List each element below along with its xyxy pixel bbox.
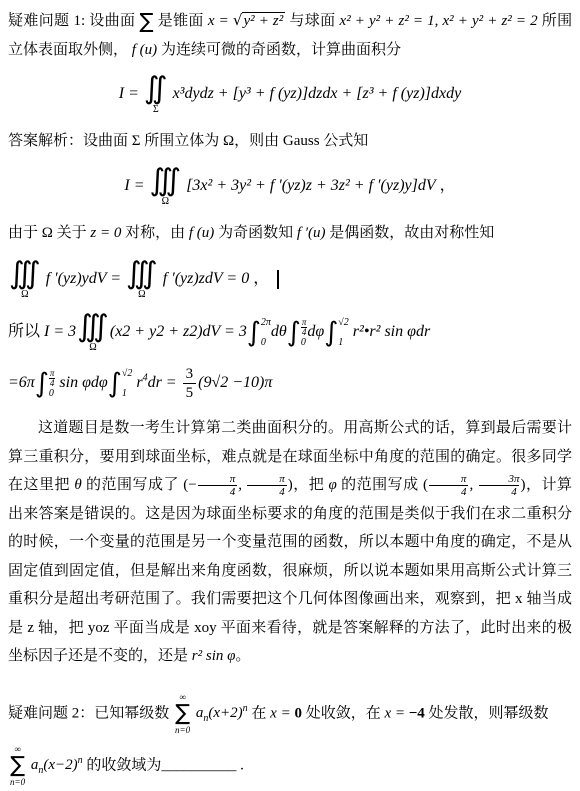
formula-surface-integral: I = ∬Σ x³dydz + [y³ + f (yz)]dzdx + [z³ …	[8, 74, 572, 115]
integral-lower-limit: 1	[122, 389, 133, 399]
formula5-tail: (9√2 −10)π	[198, 374, 272, 391]
document-canvas[interactable]: 疑难问题 1: 设曲面 ∑ 是锥面 x = √y² + z² 与球面 x² + …	[0, 0, 580, 791]
x-value-0: 0	[294, 705, 302, 721]
text-run: 的范围写成了 (−	[86, 477, 197, 493]
upper-limit-pi-over-4: π4	[49, 369, 56, 388]
formula1-lhs: I =	[119, 85, 139, 102]
text-run: 。	[235, 648, 250, 664]
formula4-body2: r²•r² sin φdr	[353, 323, 430, 340]
text-run: )，把	[288, 477, 325, 493]
sphere-equations: x² + y² + z² = 1, x² + y² + z² = 2	[340, 13, 538, 29]
text-run: 所围	[542, 13, 572, 29]
integral-upper-limit: √2	[122, 369, 133, 379]
integral-theta: ∫2π0	[247, 317, 271, 349]
formula4-dphi: dφ	[307, 323, 324, 340]
sum-lower-limit: n=0	[10, 778, 25, 787]
integral-r: ∫√21	[108, 368, 133, 400]
problem2-statement: 疑难问题 2：已知幂级数 ∞∑n=0 an(x+2)n 在 x = 0 处收敛，…	[8, 693, 572, 735]
triple-integral-operator: ∭Ω	[77, 312, 109, 353]
sum-icon: ∑	[175, 703, 190, 725]
text-run: 处收敛，在	[306, 705, 381, 721]
text-run: 已知幂级数	[94, 705, 169, 721]
fraction-three-fifths: 35	[183, 365, 197, 402]
formula-vanishing-integrals: ∭Ω f ′(yz)ydV = ∭Ω f ′(yz)zdV = 0 ，	[8, 259, 572, 300]
x-equals: x =	[270, 705, 291, 721]
text-caret	[277, 270, 279, 289]
triple-integral-icon: ∭	[9, 259, 41, 289]
fraction-3pi-over-4: 3π4	[478, 473, 519, 498]
integral-upper-limit: √2	[338, 318, 349, 328]
triple-integral-operator: ∭Ω	[9, 259, 41, 300]
x-equals: x =	[384, 705, 405, 721]
integral-icon: ∫	[287, 319, 301, 346]
solution-intro: 答案解析：设曲面 Σ 所围立体为 Ω，则由 Gauss 公式知	[8, 127, 572, 156]
cone-equation-lhs: x =	[208, 13, 229, 29]
formula4-lhs: I = 3	[44, 323, 76, 340]
integral-lower-limit: 1	[338, 338, 349, 348]
sigma-surface-symbol: ∑	[139, 9, 153, 33]
integral-icon: ∫	[324, 319, 338, 346]
problem2-question: ∞∑n=0 an(x−2)n 的收敛域为__________ .	[8, 745, 572, 787]
formula2-lhs: I =	[124, 177, 144, 194]
text-run: 设曲面	[89, 13, 135, 29]
integral-phi: ∫π40	[35, 368, 56, 400]
formula4-prefix: 所以	[8, 323, 40, 340]
formula4-body1: (x2 + y2 + z2)dV = 3	[110, 323, 247, 340]
text-run: 由于 Ω 关于	[8, 225, 87, 241]
integral-limit-omega: Ω	[138, 290, 145, 300]
text-run: 为奇函数知	[218, 225, 293, 241]
summation-operator: ∞∑n=0	[175, 693, 190, 735]
text-run: 的范围写成 (	[341, 477, 428, 493]
answer-blank: __________	[161, 757, 236, 773]
formula3-tail: ，	[253, 270, 269, 287]
symmetry-sentence: 由于 Ω 关于 z = 0 对称，由 f (u) 为奇函数知 f ′(u) 是偶…	[8, 219, 572, 248]
integral-icon: ∫	[108, 370, 122, 397]
formula5-r4: r4dr =	[136, 374, 176, 391]
formula1-body: x³dydz + [y³ + f (yz)]dzdx + [z³ + f (yz…	[173, 85, 462, 102]
theta-symbol: θ	[74, 477, 81, 493]
text-run: 是锥面	[158, 13, 204, 29]
cone-radicand: y² + z²	[242, 12, 285, 29]
formula5-lead: =6π	[8, 374, 35, 391]
period: .	[240, 757, 244, 773]
problem1-intro: 疑难问题 1: 设曲面 ∑ 是锥面 x = √y² + z² 与球面 x² + …	[8, 6, 572, 64]
triple-integral-operator: ∭Ω	[126, 259, 158, 300]
formula3-term2: f ′(yz)zdV = 0	[163, 270, 249, 287]
integral-limit-omega: Ω	[21, 290, 28, 300]
series-term: an(x−2)n	[31, 757, 83, 773]
series-term: an(x+2)n	[196, 705, 248, 721]
integral-icon: ∫	[35, 370, 49, 397]
f-of-u: f (u)	[132, 42, 157, 58]
formula-gauss: I = ∭Ω [3x² + 3y² + f ′(yz)z + 3z² + f ′…	[8, 166, 572, 207]
double-integral-operator: ∬Σ	[144, 74, 168, 115]
sum-lower-limit: n=0	[175, 726, 190, 735]
text-run: 对称，由	[125, 225, 185, 241]
formula3-term1: f ′(yz)ydV =	[46, 270, 121, 287]
text-run: 是偶函数，故由对称性知	[329, 225, 494, 241]
problem2-label: 疑难问题 2：	[8, 705, 94, 721]
polar-factor: r² sin φ	[192, 648, 236, 664]
integral-limit-omega: Ω	[89, 343, 96, 353]
text-run: 处发散，则幂级数	[429, 705, 549, 721]
problem1-label: 疑难问题 1:	[8, 13, 85, 29]
integral-icon: ∫	[247, 319, 261, 346]
triple-integral-icon: ∭	[77, 312, 109, 342]
triple-integral-icon: ∭	[149, 166, 181, 196]
z-equals-0: z = 0	[90, 225, 121, 241]
separator: ,	[238, 477, 242, 493]
formula4-dtheta: dθ	[271, 323, 287, 340]
phi-symbol: φ	[329, 477, 337, 493]
text-run: 的收敛域为	[86, 757, 161, 773]
triple-integral-operator: ∭Ω	[149, 166, 181, 207]
integral-r: ∫√21	[324, 317, 349, 349]
f-prime-of-u: f ′(u)	[297, 225, 326, 241]
text-run: 与球面	[289, 13, 335, 29]
x-value-neg4: −4	[409, 705, 425, 721]
integral-lower-limit: 0	[261, 338, 271, 348]
integral-upper-limit: 2π	[261, 318, 271, 328]
separator: ,	[469, 477, 473, 493]
summation-operator: ∞∑n=0	[10, 745, 25, 787]
double-integral-icon: ∬	[144, 74, 168, 104]
integral-lower-limit: 0	[49, 389, 56, 399]
text-run: 立体表面取外侧，	[8, 42, 128, 58]
discussion-paragraph: 这道题目是数一考生计算第二类曲面积分的。用高斯公式的话，算到最后需要计算三重积分…	[8, 414, 572, 671]
triple-integral-icon: ∭	[126, 259, 158, 289]
formula2-body: [3x² + 3y² + f ′(yz)z + 3z² + f ′(yz)y]d…	[186, 177, 435, 194]
fraction-pi-over-4: π4	[429, 473, 469, 498]
fraction-pi-over-4: π4	[247, 473, 287, 498]
formula-evaluation: =6π∫π40 sin φdφ∫√21 r4dr = 35(9√2 −10)π	[8, 365, 572, 402]
formula5-body1: sin φdφ	[59, 374, 107, 391]
integral-limit-omega: Ω	[162, 197, 169, 207]
sum-icon: ∑	[10, 755, 25, 777]
f-of-u: f (u)	[189, 225, 214, 241]
integral-phi: ∫π40	[287, 317, 308, 349]
text-run: )，计算出来答案是错误的。这是因为球面坐标要求的角度的范围是类似于我们在求二重积…	[8, 477, 572, 664]
fraction-pi-over-4: π4	[198, 473, 238, 498]
formula-spherical-setup: 所以 I = 3∭Ω(x2 + y2 + z2)dV = 3∫2π0dθ∫π40…	[8, 312, 572, 353]
text-run: 为连续可微的奇函数，计算曲面积分	[161, 42, 401, 58]
text-run: 在	[251, 705, 266, 721]
formula2-tail: ，	[440, 177, 456, 194]
integral-limit-sigma: Σ	[153, 105, 159, 115]
